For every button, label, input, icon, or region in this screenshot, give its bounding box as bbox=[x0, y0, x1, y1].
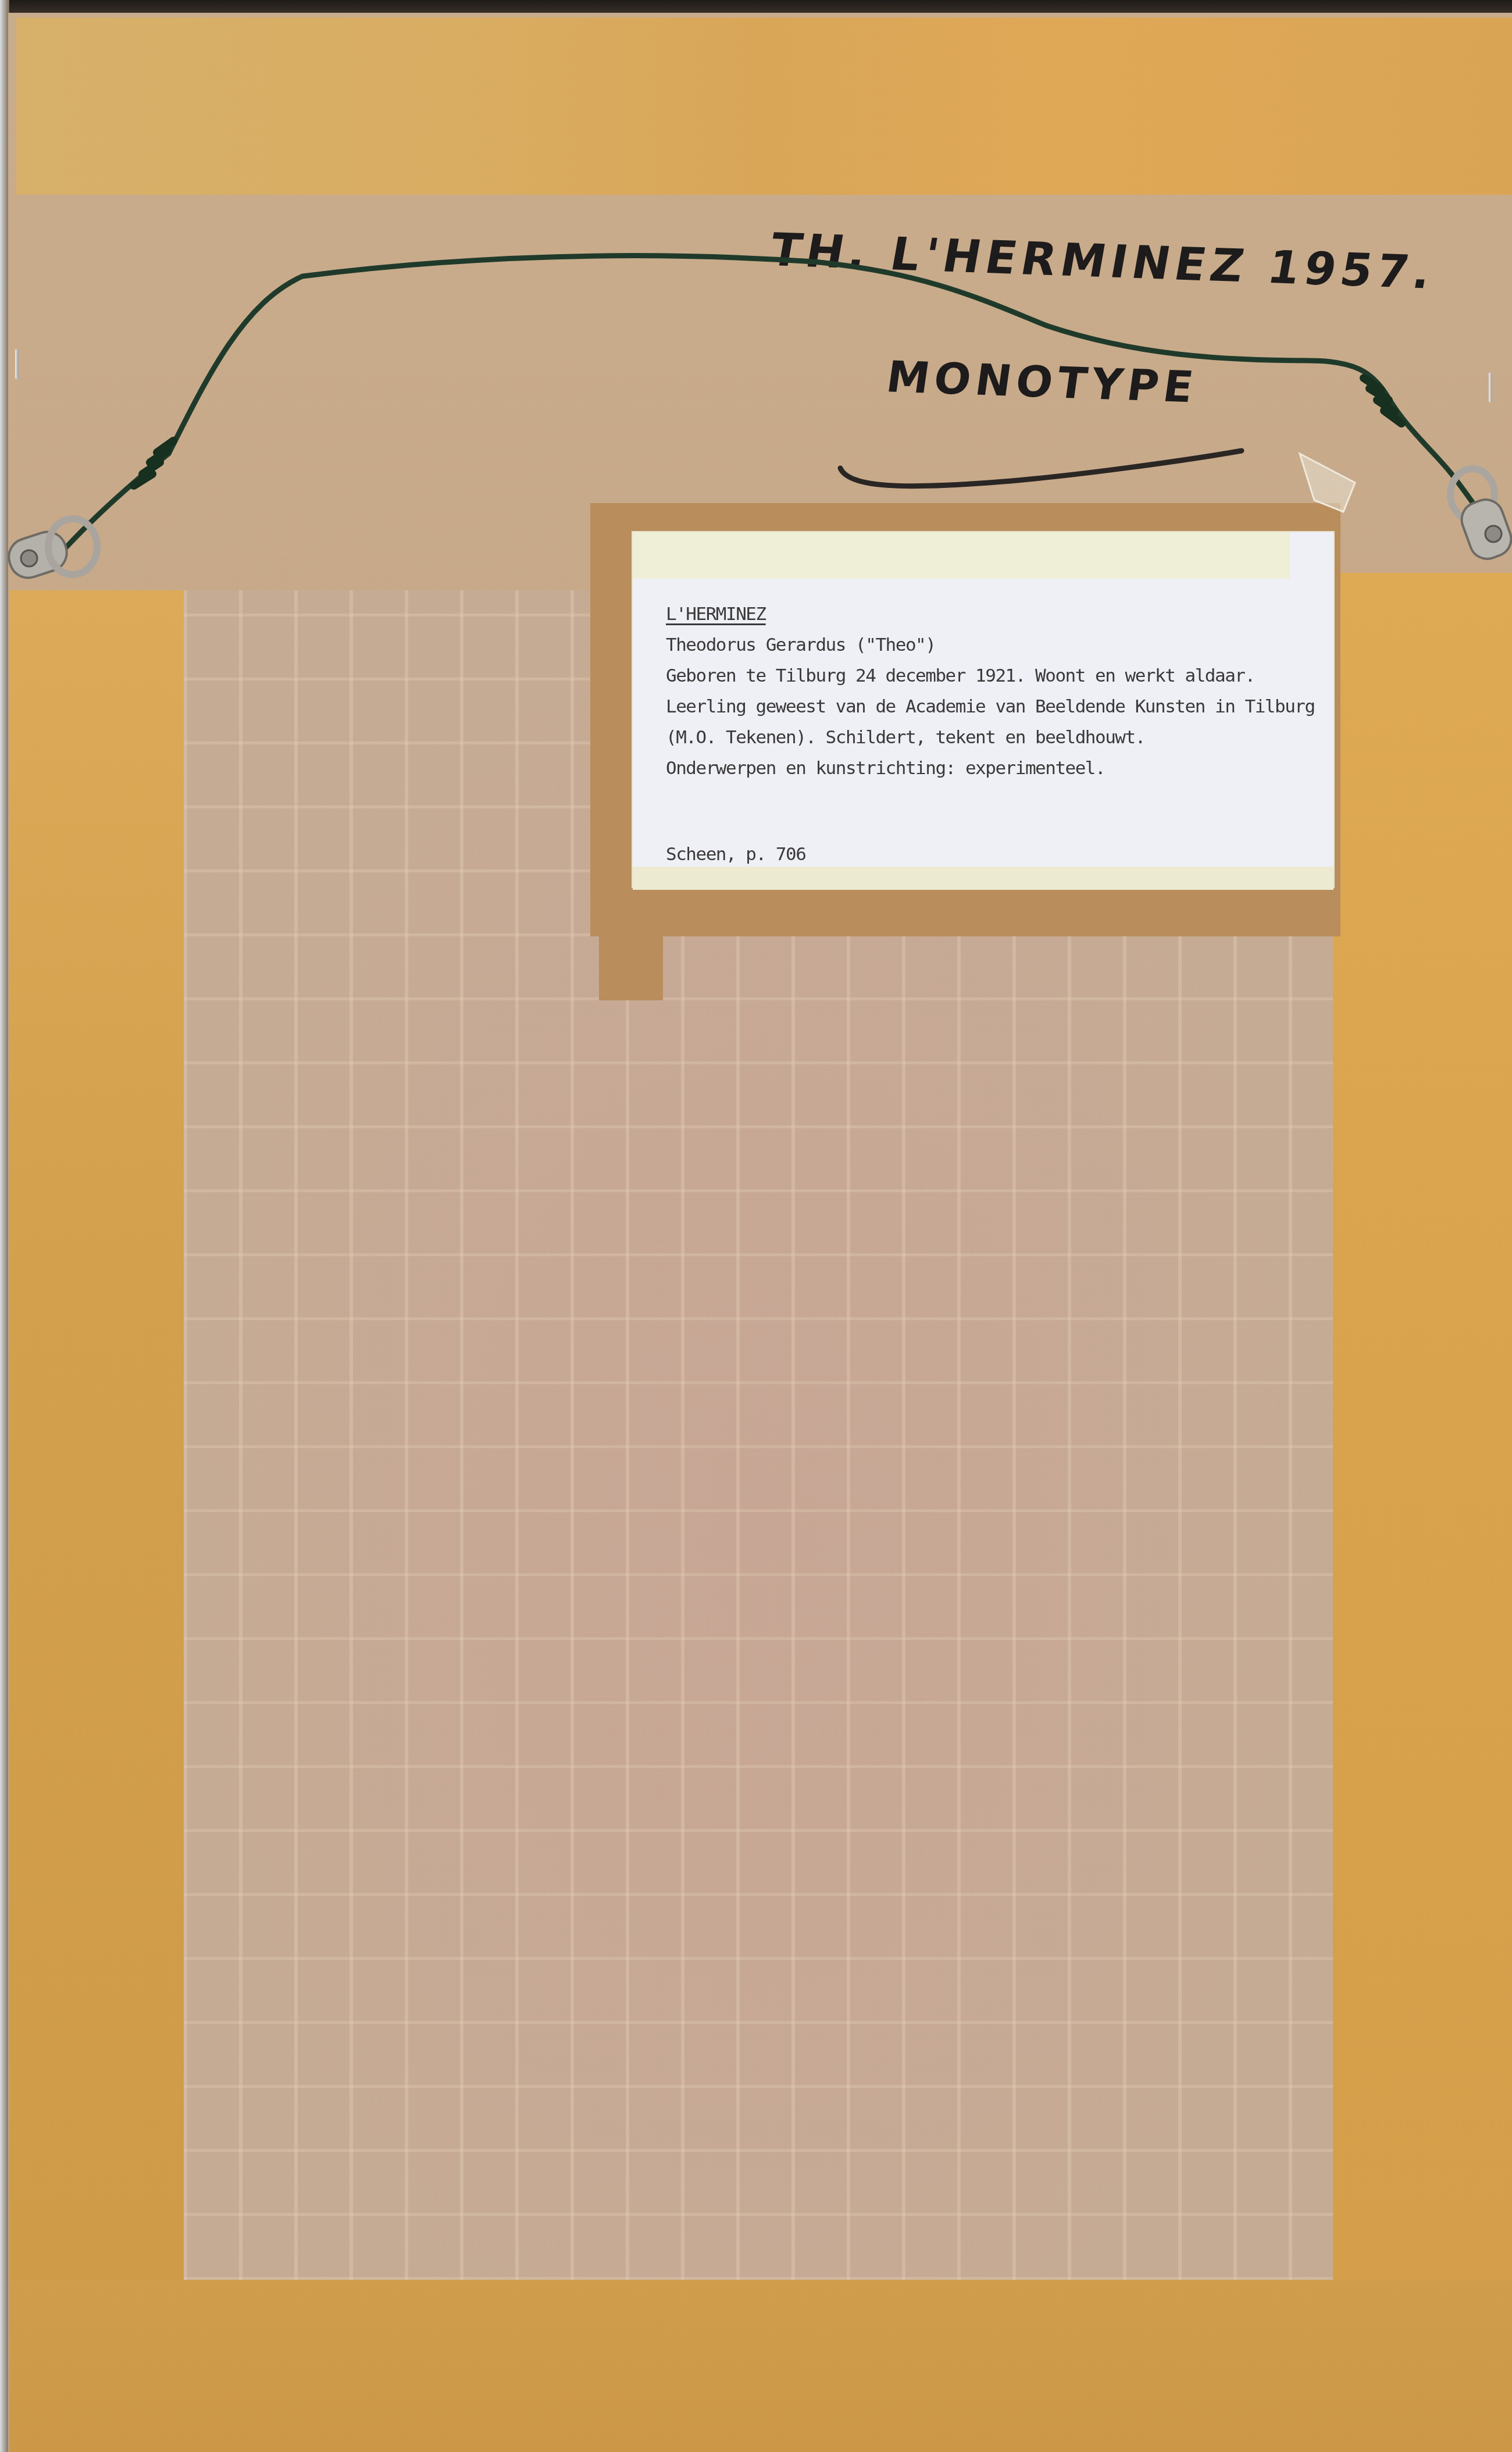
hanging-wire-icon bbox=[64, 256, 1486, 550]
wire-and-marks bbox=[0, 0, 1512, 2452]
pen-underline bbox=[840, 451, 1242, 486]
torn-tape-fragment bbox=[1300, 454, 1355, 512]
wire-coil-left-icon bbox=[134, 441, 173, 486]
